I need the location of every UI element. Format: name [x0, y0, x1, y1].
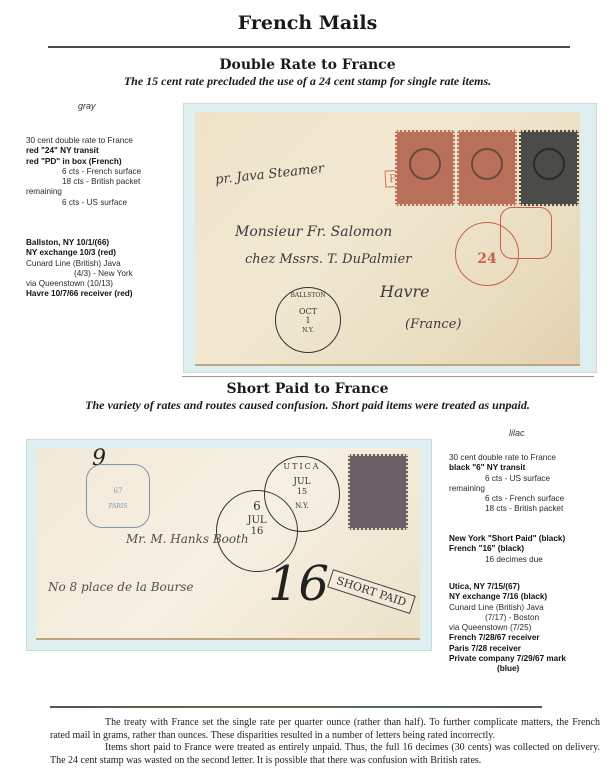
section2-rate-note-line: black "6" NY transit — [449, 463, 614, 473]
section1-route-note-line: NY exchange 10/3 (red) — [26, 248, 186, 258]
cancel-icon — [409, 148, 441, 180]
section2-route-note-line: Utica, NY 7/15/(67) — [449, 582, 614, 592]
section2-route-note-line: Paris 7/28 receiver — [449, 644, 614, 654]
section1-rate-notes: 30 cent double rate to Francered "24" NY… — [26, 136, 186, 208]
section1-rate-note-line: 6 cts - US surface — [26, 198, 186, 208]
cover2-due-16-marking: 16 — [268, 560, 329, 608]
cover1-postmark-town: BALLSTON — [276, 292, 340, 299]
section1-subtitle: The 15 cent rate precluded the use of a … — [0, 74, 615, 89]
cover2-paris-mark-city: PARIS — [87, 503, 149, 510]
cover1-postmark-month: OCT — [276, 307, 340, 316]
cover2-address-line-2: No 8 place de la Bourse — [48, 580, 193, 594]
section2-route-note-line: via Queenstown (7/25) — [449, 623, 614, 633]
cover1-postmark-state: N.Y. — [276, 327, 340, 334]
section2-due-notes: New York "Short Paid" (black)French "16"… — [449, 534, 614, 565]
section1-divider — [182, 376, 594, 377]
cover1-stamp-gray — [519, 130, 579, 206]
section2-due-note-line: 16 decimes due — [449, 555, 614, 565]
section1-rate-note-line: red "PD" in box (French) — [26, 157, 186, 167]
page-title: French Mails — [0, 12, 615, 34]
section2-route-note-line: French 7/28/67 receiver — [449, 633, 614, 643]
section2-route-note-line: NY exchange 7/16 (black) — [449, 592, 614, 602]
cover2-postmark-town: UTICA — [265, 462, 339, 471]
footer-divider — [50, 706, 542, 708]
footer-text: The treaty with France set the single ra… — [50, 717, 600, 767]
cover2-postmark-state: N.Y. — [265, 502, 339, 510]
cover1-address-line-4: (France) — [405, 317, 461, 332]
section2-rate-note-line: 6 cts - French surface — [449, 494, 614, 504]
section2-rate-note-line: 30 cent double rate to France — [449, 453, 614, 463]
cover2-paris-private-mark: 67 PARIS — [86, 464, 150, 528]
cover1-stamp-24c-red-2 — [457, 130, 517, 206]
section1-stamp-color-label: gray — [78, 101, 96, 111]
cover1-address-line-2: chez Mssrs. T. DuPalmier — [245, 252, 411, 267]
section2-route-note-line: (7/17) - Boston — [449, 613, 614, 623]
section1-route-note-line: Ballston, NY 10/1/(66) — [26, 238, 186, 248]
cover1-envelope: pr. Java Steamer PD Monsieur Fr. Salomon… — [195, 112, 580, 366]
cover2-paris-mark-year: 67 — [87, 487, 149, 495]
section2-rate-notes: 30 cent double rate to Franceblack "6" N… — [449, 453, 614, 515]
cover2-postmark-month: JUL — [265, 477, 339, 487]
section1-route-notes: Ballston, NY 10/1/(66)NY exchange 10/3 (… — [26, 238, 186, 300]
section2-route-note-line: (blue) — [449, 664, 614, 674]
cancel-icon — [533, 148, 565, 180]
section1-rate-note-line: 30 cent double rate to France — [26, 136, 186, 146]
cover1-havre-receiver-mark — [500, 207, 552, 259]
section2-subtitle: The variety of rates and routes caused c… — [0, 398, 615, 413]
cover2-short-paid-box-mark: SHORT PAID — [327, 569, 415, 614]
cancel-icon — [471, 148, 503, 180]
section1-route-note-line: (4/3) - New York — [26, 269, 186, 279]
section2-route-notes: Utica, NY 7/15/(67)NY exchange 7/16 (bla… — [449, 582, 614, 675]
cover2-stamp-lilac — [348, 454, 408, 530]
section2-rate-note-line: 18 cts - British packet — [449, 504, 614, 514]
cover2-utica-postmark: UTICA JUL 15 N.Y. — [264, 456, 340, 532]
title-divider — [48, 46, 570, 48]
footer-paragraph-1: The treaty with France set the single ra… — [50, 717, 600, 742]
cover1-postmark-day: 1 — [276, 316, 340, 325]
section2-due-note-line: New York "Short Paid" (black) — [449, 534, 614, 544]
section1-rate-note-line: 6 cts - French surface — [26, 167, 186, 177]
cover1-ballston-postmark: BALLSTON OCT 1 N.Y. — [275, 287, 341, 353]
section1-route-note-line: Cunard Line (British) Java — [26, 259, 186, 269]
cover1-routing-endorsement: pr. Java Steamer — [215, 161, 325, 187]
cover2-address-line-1: Mr. M. Hanks Booth — [126, 532, 249, 546]
cover2-postmark-day: 15 — [265, 487, 339, 496]
section1-rate-note-line: remaining — [26, 187, 186, 197]
section2-title: Short Paid to France — [0, 381, 615, 397]
section2-due-note-line: French "16" (black) — [449, 544, 614, 554]
section1-route-note-line: Havre 10/7/66 receiver (red) — [26, 289, 186, 299]
cover1-stamp-24c-red-1 — [395, 130, 455, 206]
footer-paragraph-2: Items short paid to France were treated … — [50, 742, 600, 767]
section1-rate-note-line: 18 cts - British packet — [26, 177, 186, 187]
cover1-address-line-3: Havre — [380, 282, 430, 301]
section2-rate-note-line: 6 cts - US surface — [449, 474, 614, 484]
section2-rate-note-line: remaining — [449, 484, 614, 494]
section1-rate-note-line: red "24" NY transit — [26, 146, 186, 156]
section2-stamp-color-label: lilac — [509, 428, 525, 438]
section1-route-note-line: via Queenstown (10/13) — [26, 279, 186, 289]
cover1-address-line-1: Monsieur Fr. Salomon — [235, 224, 392, 240]
cover2-envelope: 9 67 PARIS 6 JUL 16 UTICA JUL 15 N.Y. Mr… — [36, 448, 420, 640]
section2-route-note-line: Private company 7/29/67 mark — [449, 654, 614, 664]
section2-route-note-line: Cunard Line (British) Java — [449, 603, 614, 613]
section1-title: Double Rate to France — [0, 57, 615, 73]
